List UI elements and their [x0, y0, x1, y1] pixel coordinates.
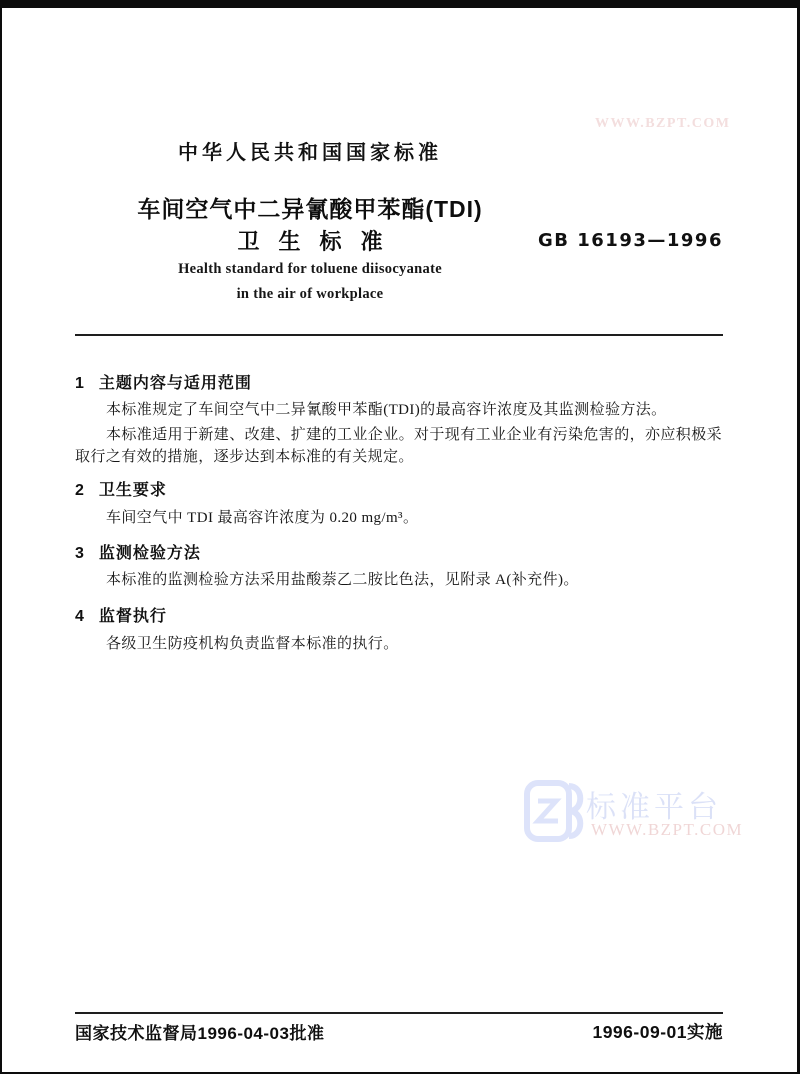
section-4-heading-label: 监督执行: [99, 608, 167, 625]
section-3-paragraph-1: 本标准的监测检验方法采用盐酸萘乙二胺比色法，见附录 A(补充件)。: [75, 570, 725, 592]
watermark-url-text: WWW.BZPT.COM: [591, 820, 743, 840]
section-2-number: 2: [75, 482, 85, 500]
national-standard-header: 中华人民共和国国家标准: [0, 136, 620, 165]
english-title-line2: in the air of workplace: [0, 286, 620, 303]
standard-title-line1: 车间空气中二异氰酸甲苯酯(TDI): [0, 191, 620, 224]
bzpt-logo-icon: [523, 779, 585, 848]
document-page: WWW.BZPT.COM 中华人民共和国国家标准 车间空气中二异氰酸甲苯酯(TD…: [0, 0, 800, 1074]
footer-divider: [75, 1012, 723, 1014]
section-3-number: 3: [75, 545, 85, 563]
section-1-paragraph-1: 本标准规定了车间空气中二异氰酸甲苯酯(TDI)的最高容许浓度及其监测检验方法。: [75, 400, 725, 422]
section-3-heading: 3监测检验方法: [75, 540, 725, 563]
section-4-heading: 4监督执行: [75, 603, 725, 626]
section-1-paragraph-2: 本标准适用于新建、改建、扩建的工业企业。对于现有工业企业有污染危害的，亦应积极采…: [75, 425, 725, 468]
watermark: 标准平台 WWW.BZPT.COM: [520, 776, 750, 848]
header-divider: [75, 334, 723, 336]
approval-notice: 国家技术监督局1996-04-03批准: [75, 1019, 324, 1044]
section-4-number: 4: [75, 608, 85, 626]
section-3-heading-label: 监测检验方法: [99, 545, 201, 562]
section-4-paragraph-1: 各级卫生防疫机构负责监督本标准的执行。: [75, 634, 725, 656]
implementation-notice: 1996-09-01实施: [592, 1019, 723, 1044]
watermark-url-top: WWW.BZPT.COM: [595, 116, 730, 132]
section-2-heading-label: 卫生要求: [99, 482, 167, 499]
page-border-top: [0, 0, 800, 8]
section-1-heading-label: 主题内容与适用范围: [99, 375, 252, 392]
footer: 国家技术监督局1996-04-03批准 1996-09-01实施: [75, 1019, 723, 1044]
section-2-paragraph-1: 车间空气中 TDI 最高容许浓度为 0.20 mg/m³。: [75, 508, 725, 530]
english-title-line1: Health standard for toluene diisocyanate: [0, 261, 620, 278]
section-1-heading: 1主题内容与适用范围: [75, 370, 725, 393]
standard-title-line2: 卫生标准: [0, 225, 620, 256]
standard-number: GB 16193—1996: [538, 230, 723, 251]
section-2-heading: 2卫生要求: [75, 477, 725, 500]
section-1-number: 1: [75, 375, 85, 393]
